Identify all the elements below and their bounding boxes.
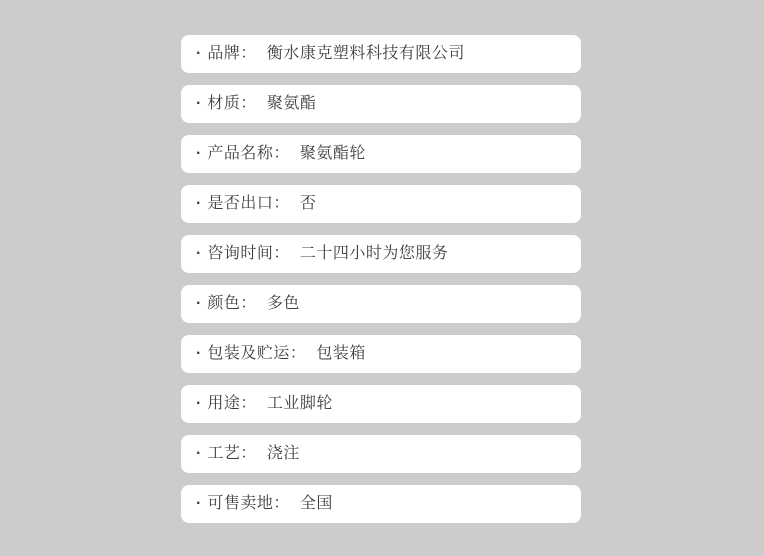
attribute-row: · 颜色： 多色: [181, 285, 581, 323]
attribute-value: 包装箱: [316, 346, 366, 362]
attribute-label: 工艺：: [207, 446, 257, 462]
attribute-value: 衡水康克塑料科技有限公司: [267, 46, 465, 62]
attribute-label: 是否出口：: [207, 196, 290, 212]
attribute-value: 工业脚轮: [267, 396, 333, 412]
bullet-icon: ·: [196, 296, 201, 312]
attribute-row: · 材质： 聚氨酯: [181, 85, 581, 123]
bullet-icon: ·: [196, 196, 201, 212]
attribute-value: 二十四小时为您服务: [300, 246, 449, 262]
bullet-icon: ·: [196, 146, 201, 162]
attribute-row: · 产品名称： 聚氨酯轮: [181, 135, 581, 173]
attribute-label: 品牌：: [207, 46, 257, 62]
attribute-value: 聚氨酯轮: [300, 146, 366, 162]
bullet-icon: ·: [196, 246, 201, 262]
attribute-row: · 工艺： 浇注: [181, 435, 581, 473]
attribute-label: 可售卖地：: [207, 496, 290, 512]
bullet-icon: ·: [196, 496, 201, 512]
bullet-icon: ·: [196, 346, 201, 362]
bullet-icon: ·: [196, 46, 201, 62]
attribute-value: 浇注: [267, 446, 300, 462]
attribute-label: 颜色：: [207, 296, 257, 312]
attribute-row: · 是否出口： 否: [181, 185, 581, 223]
attribute-label: 用途：: [207, 396, 257, 412]
attribute-value: 多色: [267, 296, 300, 312]
attribute-row: · 品牌： 衡水康克塑料科技有限公司: [181, 35, 581, 73]
attribute-label: 包装及贮运：: [207, 346, 306, 362]
attribute-value: 聚氨酯: [267, 96, 317, 112]
attribute-label: 产品名称：: [207, 146, 290, 162]
attribute-value: 否: [300, 196, 317, 212]
attribute-label: 材质：: [207, 96, 257, 112]
attribute-row: · 用途： 工业脚轮: [181, 385, 581, 423]
attribute-row: · 咨询时间： 二十四小时为您服务: [181, 235, 581, 273]
attribute-row: · 可售卖地： 全国: [181, 485, 581, 523]
product-attribute-list: · 品牌： 衡水康克塑料科技有限公司 · 材质： 聚氨酯 · 产品名称： 聚氨酯…: [181, 35, 581, 523]
attribute-row: · 包装及贮运： 包装箱: [181, 335, 581, 373]
attribute-value: 全国: [300, 496, 333, 512]
bullet-icon: ·: [196, 396, 201, 412]
bullet-icon: ·: [196, 446, 201, 462]
bullet-icon: ·: [196, 96, 201, 112]
attribute-label: 咨询时间：: [207, 246, 290, 262]
